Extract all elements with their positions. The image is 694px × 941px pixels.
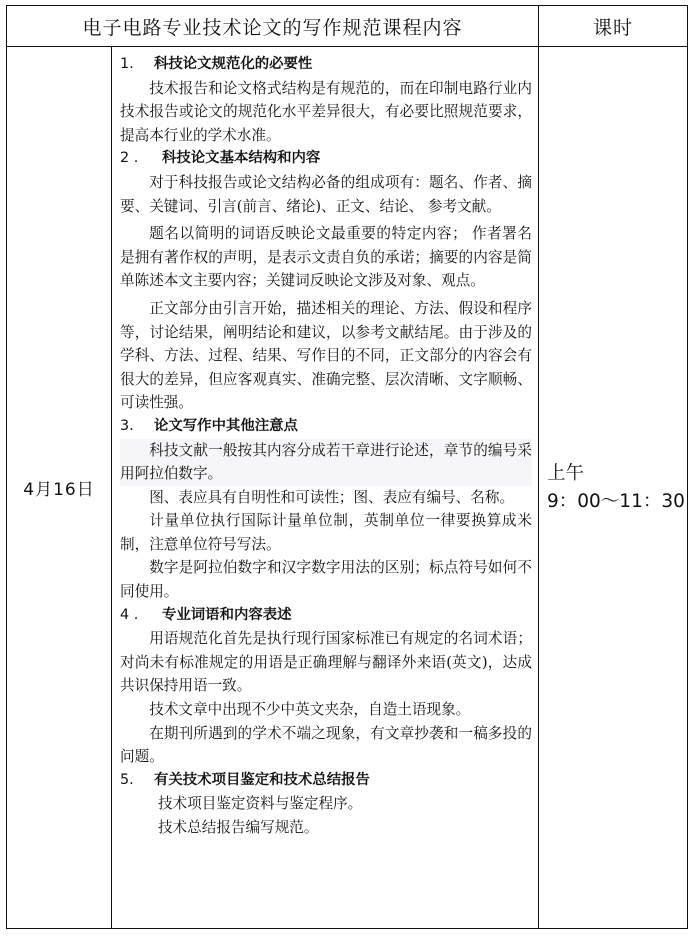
section-title: 科技论文基本结构和内容 [162, 150, 320, 166]
section-heading-4: 4 .专业词语和内容表述 [120, 604, 532, 628]
date-cell: 4月16日 [7, 47, 112, 928]
header-course-content: 电子电路专业技术论文的写作规范课程内容 [7, 6, 539, 46]
section-number: 1. [120, 53, 154, 77]
section-title: 专业词语和内容表述 [162, 607, 292, 623]
section-number: 3. [120, 415, 154, 439]
paragraph: 计量单位执行国际计量单位制，英制单位一律要换算成米制，注意单位符号写法。 [120, 509, 532, 556]
time-period: 上午 [547, 460, 687, 488]
section-heading-5: 5.有关技术项目鉴定和技术总结报告 [120, 769, 532, 793]
paragraph: 科技文献一般按其内容分成若干章进行论述，章节的编号采用阿拉伯数字。 [120, 439, 532, 486]
paragraph: 图、表应具有自明性和可读性；图、表应有编号、名称。 [120, 486, 532, 510]
paragraph: 在期刊所遇到的学术不端之现象，有文章抄袭和一稿多投的问题。 [120, 722, 532, 769]
section-heading-2: 2 .科技论文基本结构和内容 [120, 147, 532, 171]
course-table: 电子电路专业技术论文的写作规范课程内容 课时 4月16日 1.科技论文规范化的必… [6, 5, 688, 929]
paragraph: 题名以简明的词语反映论文最重要的特定内容； 作者署名是拥有著作权的声明，是表示文… [120, 222, 532, 293]
section-title: 论文写作中其他注意点 [154, 418, 298, 434]
paragraph: 技术总结报告编写规范。 [120, 816, 532, 840]
table-header-row: 电子电路专业技术论文的写作规范课程内容 课时 [7, 6, 687, 47]
section-number: 2 . [120, 147, 162, 171]
section-heading-1: 1.科技论文规范化的必要性 [120, 53, 532, 77]
paragraph: 技术报告和论文格式结构是有规范的，而在印制电路行业内技术报告或论文的规范化水平差… [120, 77, 532, 148]
section-title: 有关技术项目鉴定和技术总结报告 [154, 772, 370, 788]
section-number: 4 . [120, 604, 162, 628]
paragraph: 技术项目鉴定资料与鉴定程序。 [120, 792, 532, 816]
paragraph: 用语规范化首先是执行现行国家标准已有规定的名词术语；对尚未有标准规定的用语是正确… [120, 627, 532, 698]
paragraph: 对于科技报告或论文结构必备的组成项有：题名、作者、摘要、关键词、引言(前言、绪论… [120, 171, 532, 218]
content-cell: 1.科技论文规范化的必要性 技术报告和论文格式结构是有规范的，而在印制电路行业内… [112, 47, 539, 928]
hours-cell: 上午 9：00～11：30 [539, 47, 687, 928]
section-title: 科技论文规范化的必要性 [154, 56, 312, 72]
paragraph: 数字是阿拉伯数字和汉字数字用法的区别；标点符号如何不同使用。 [120, 556, 532, 603]
section-heading-3: 3.论文写作中其他注意点 [120, 415, 532, 439]
section-number: 5. [120, 769, 154, 793]
header-class-hours: 课时 [539, 6, 687, 46]
paragraph: 技术文章中出现不少中英文夹杂，自造土语现象。 [120, 698, 532, 722]
time-range: 9：00～11：30 [547, 488, 687, 516]
paragraph: 正文部分由引言开始，描述相关的理论、方法、假设和程序等，讨论结果，阐明结论和建议… [120, 297, 532, 415]
table-row: 4月16日 1.科技论文规范化的必要性 技术报告和论文格式结构是有规范的，而在印… [7, 47, 687, 928]
